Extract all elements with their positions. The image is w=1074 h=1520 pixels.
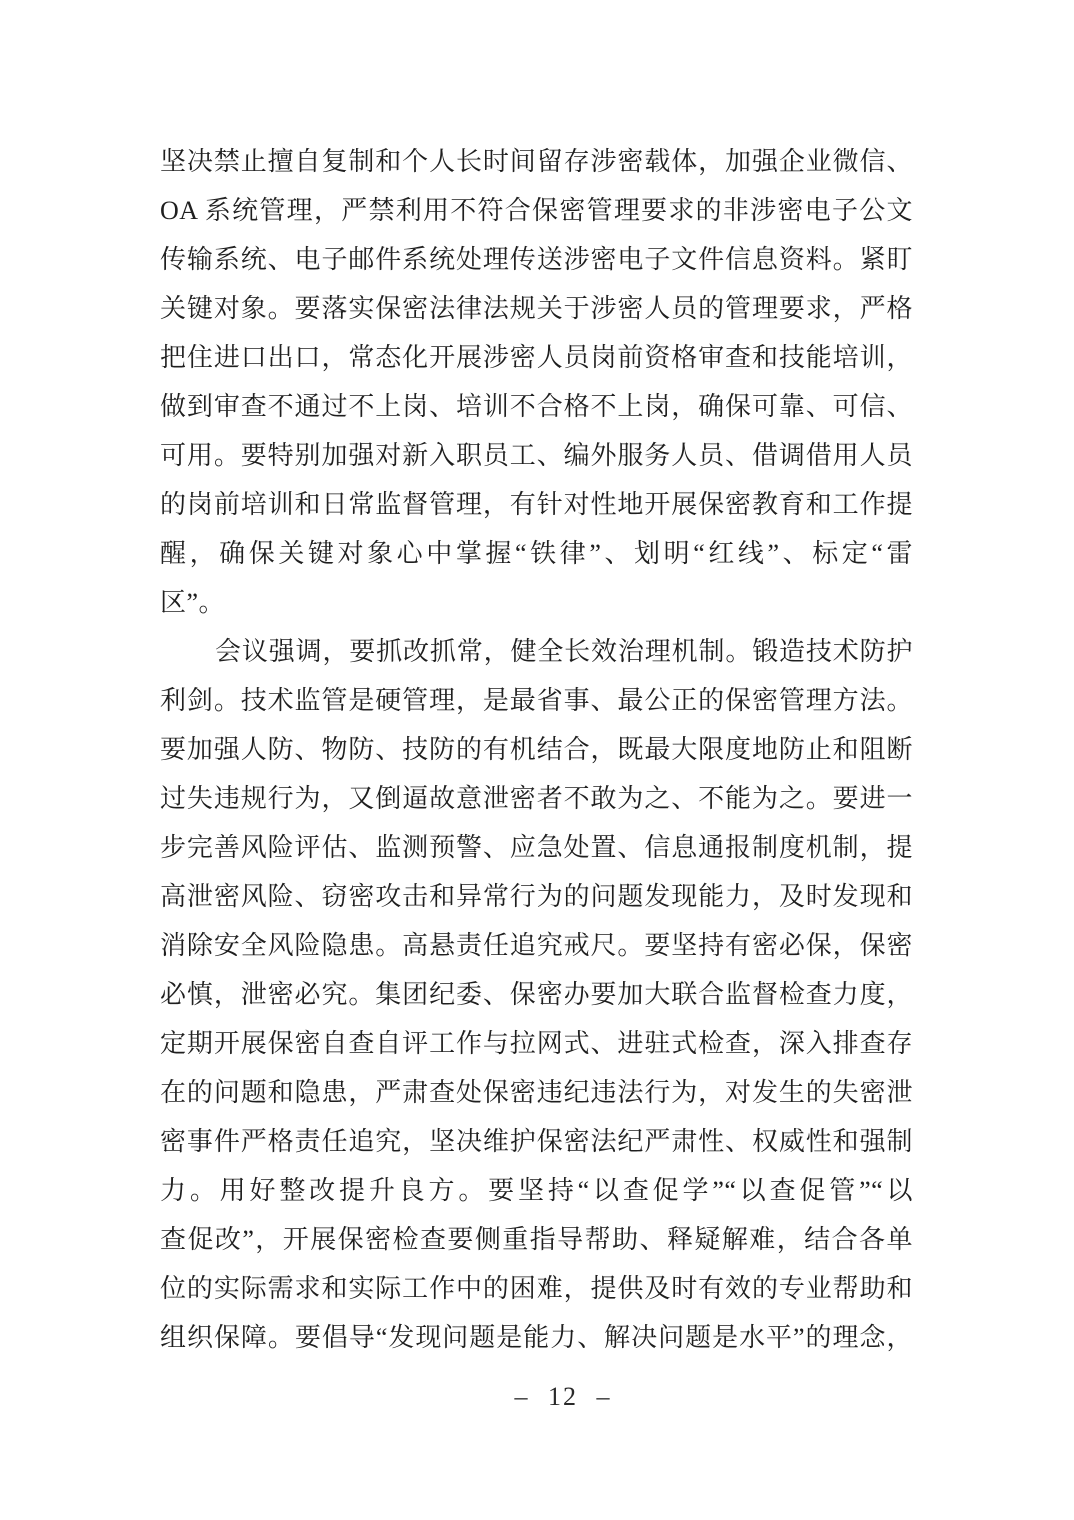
text-line: 定期开展保密自查自评工作与拉网式、进驻式检查，深入排查存 <box>160 1019 913 1068</box>
text-line: 力。用好整改提升良方。要坚持“以查促学”“以查促管”“以 <box>160 1166 913 1215</box>
text-block: 坚决禁止擅自复制和个人长时间留存涉密载体，加强企业微信、OA 系统管理，严禁利用… <box>160 137 913 1362</box>
page-footer: – 12 – <box>0 1382 1074 1412</box>
text-line: 要加强人防、物防、技防的有机结合，既最大限度地防止和阻断 <box>160 725 913 774</box>
text-line: 做到审查不通过不上岗、培训不合格不上岗，确保可靠、可信、 <box>160 382 913 431</box>
text-line: 查促改”，开展保密检查要侧重指导帮助、释疑解难，结合各单 <box>160 1215 913 1264</box>
text-line: 在的问题和隐患，严肃查处保密违纪违法行为，对发生的失密泄 <box>160 1068 913 1117</box>
text-line: 区”。 <box>160 578 913 627</box>
text-line: 高泄密风险、窃密攻击和异常行为的问题发现能力，及时发现和 <box>160 872 913 921</box>
text-line: 消除安全风险隐患。高悬责任追究戒尺。要坚持有密必保，保密 <box>160 921 913 970</box>
text-line: 利剑。技术监管是硬管理，是最省事、最公正的保密管理方法。 <box>160 676 913 725</box>
text-line: 可用。要特别加强对新入职员工、编外服务人员、借调借用人员 <box>160 431 913 480</box>
text-line: 过失违规行为，又倒逼故意泄密者不敢为之、不能为之。要进一 <box>160 774 913 823</box>
text-line: 把住进口出口，常态化开展涉密人员岗前资格审查和技能培训， <box>160 333 913 382</box>
text-line: OA 系统管理，严禁利用不符合保密管理要求的非涉密电子公文 <box>160 186 913 235</box>
paragraph-2: 会议强调，要抓改抓常，健全长效治理机制。锻造技术防护利剑。技术监管是硬管理，是最… <box>160 627 913 1362</box>
document-page: 坚决禁止擅自复制和个人长时间留存涉密载体，加强企业微信、OA 系统管理，严禁利用… <box>0 0 1074 1520</box>
text-line: 必慎，泄密必究。集团纪委、保密办要加大联合监督检查力度， <box>160 970 913 1019</box>
text-line: 会议强调，要抓改抓常，健全长效治理机制。锻造技术防护 <box>160 627 913 676</box>
text-line: 醒，确保关键对象心中掌握“铁律”、划明“红线”、标定“雷 <box>160 529 913 578</box>
paragraph-1: 坚决禁止擅自复制和个人长时间留存涉密载体，加强企业微信、OA 系统管理，严禁利用… <box>160 137 913 627</box>
page-number: – 12 – <box>515 1382 612 1412</box>
text-line: 位的实际需求和实际工作中的困难，提供及时有效的专业帮助和 <box>160 1264 913 1313</box>
text-line: 关键对象。要落实保密法律法规关于涉密人员的管理要求，严格 <box>160 284 913 333</box>
text-line: 传输系统、电子邮件系统处理传送涉密电子文件信息资料。紧盯 <box>160 235 913 284</box>
text-line: 密事件严格责任追究，坚决维护保密法纪严肃性、权威性和强制 <box>160 1117 913 1166</box>
text-line: 的岗前培训和日常监督管理，有针对性地开展保密教育和工作提 <box>160 480 913 529</box>
text-line: 步完善风险评估、监测预警、应急处置、信息通报制度机制，提 <box>160 823 913 872</box>
text-line: 坚决禁止擅自复制和个人长时间留存涉密载体，加强企业微信、 <box>160 137 913 186</box>
text-line: 组织保障。要倡导“发现问题是能力、解决问题是水平”的理念， <box>160 1313 913 1362</box>
